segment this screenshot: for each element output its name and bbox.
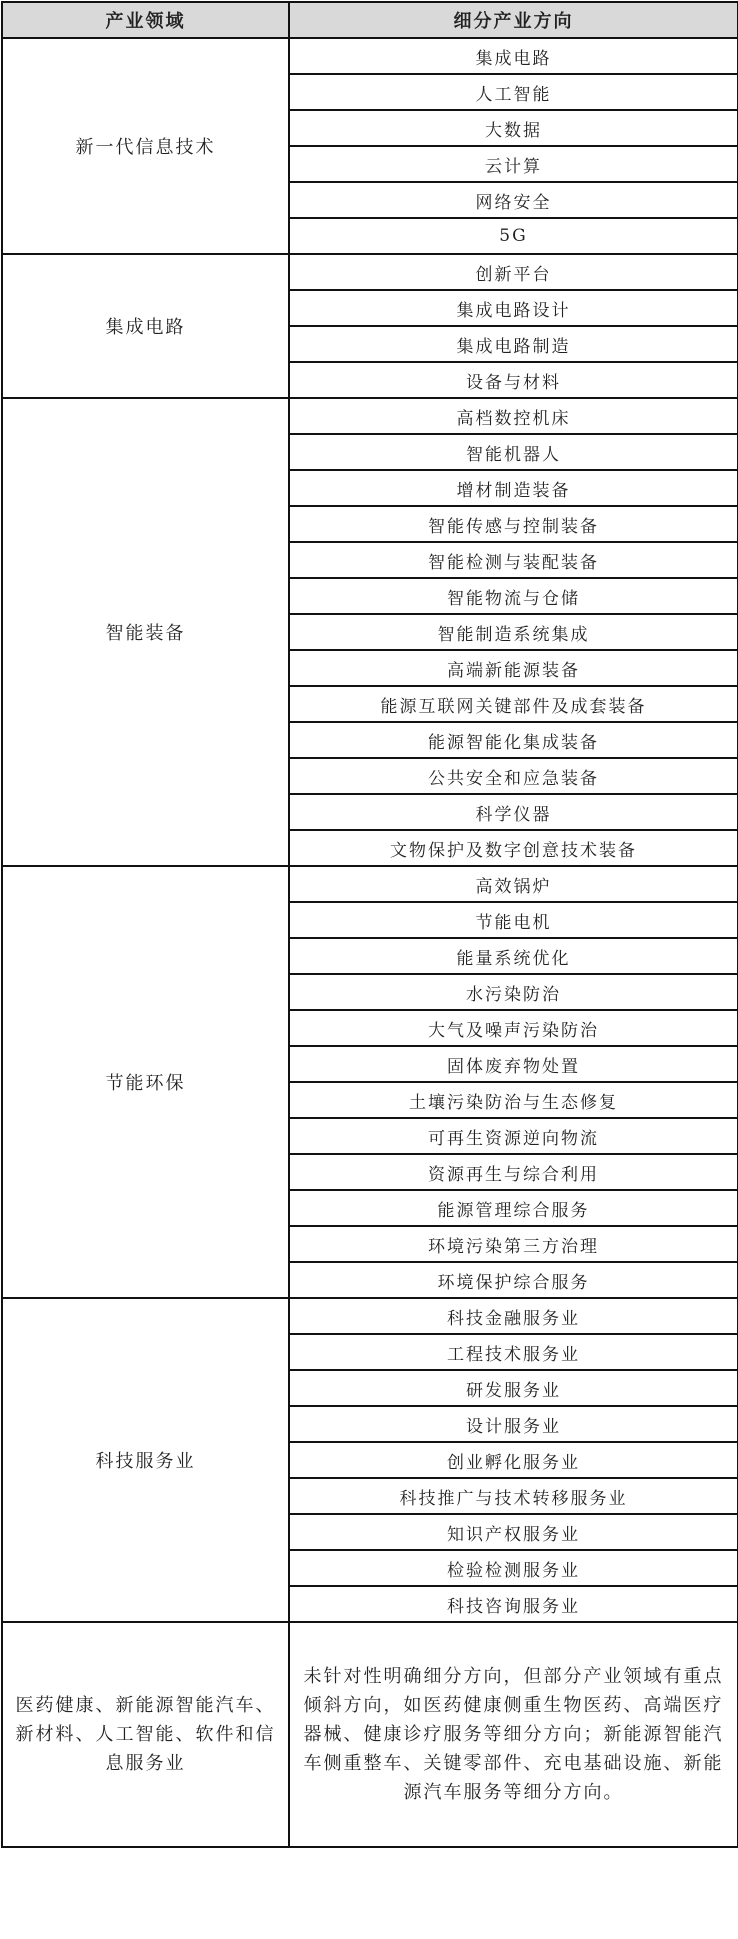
- sub-direction-cell: 高效锅炉: [289, 866, 738, 902]
- sub-direction-cell: 科学仪器: [289, 794, 738, 830]
- sub-direction-cell: 云计算: [289, 146, 738, 182]
- sub-direction-cell: 科技金融服务业: [289, 1298, 738, 1334]
- sub-direction-cell: 集成电路设计: [289, 290, 738, 326]
- table-row: 集成电路创新平台: [2, 254, 738, 290]
- sub-direction-cell: 人工智能: [289, 74, 738, 110]
- sub-direction-cell: 智能机器人: [289, 434, 738, 470]
- industry-table: 产业领域 细分产业方向 新一代信息技术集成电路人工智能大数据云计算网络安全5G集…: [1, 1, 738, 1848]
- sub-direction-cell: 高端新能源装备: [289, 650, 738, 686]
- sub-direction-cell: 可再生资源逆向物流: [289, 1118, 738, 1154]
- table-row: 科技服务业科技金融服务业: [2, 1298, 738, 1334]
- sub-direction-cell: 设备与材料: [289, 362, 738, 398]
- sub-direction-cell: 环境保护综合服务: [289, 1262, 738, 1298]
- table-row: 节能环保高效锅炉: [2, 866, 738, 902]
- sub-direction-cell: 科技推广与技术转移服务业: [289, 1478, 738, 1514]
- sub-direction-cell: 能源互联网关键部件及成套装备: [289, 686, 738, 722]
- header-industry-area: 产业领域: [2, 2, 289, 38]
- sub-direction-cell: 创新平台: [289, 254, 738, 290]
- industry-area-cell: 医药健康、新能源智能汽车、新材料、人工智能、软件和信息服务业: [2, 1622, 289, 1847]
- sub-direction-cell: 检验检测服务业: [289, 1550, 738, 1586]
- sub-direction-cell: 工程技术服务业: [289, 1334, 738, 1370]
- industry-area-cell: 集成电路: [2, 254, 289, 398]
- sub-direction-cell: 节能电机: [289, 902, 738, 938]
- sub-direction-cell: 能源智能化集成装备: [289, 722, 738, 758]
- sub-direction-cell: 智能检测与装配装备: [289, 542, 738, 578]
- table-row: 智能装备高档数控机床: [2, 398, 738, 434]
- sub-direction-cell: 智能制造系统集成: [289, 614, 738, 650]
- sub-direction-cell: 创业孵化服务业: [289, 1442, 738, 1478]
- sub-direction-cell: 能量系统优化: [289, 938, 738, 974]
- industry-area-cell: 新一代信息技术: [2, 38, 289, 254]
- sub-direction-cell: 大气及噪声污染防治: [289, 1010, 738, 1046]
- industry-area-cell: 智能装备: [2, 398, 289, 866]
- sub-direction-cell: 高档数控机床: [289, 398, 738, 434]
- sub-direction-cell: 资源再生与综合利用: [289, 1154, 738, 1190]
- sub-direction-cell: 固体废弃物处置: [289, 1046, 738, 1082]
- table-row-last: 医药健康、新能源智能汽车、新材料、人工智能、软件和信息服务业 未针对性明确细分方…: [2, 1622, 738, 1847]
- sub-direction-description: 未针对性明确细分方向，但部分产业领域有重点倾斜方向，如医药健康侧重生物医药、高端…: [289, 1622, 738, 1847]
- sub-direction-cell: 文物保护及数字创意技术装备: [289, 830, 738, 866]
- sub-direction-cell: 智能物流与仓储: [289, 578, 738, 614]
- sub-direction-cell: 5G: [289, 218, 738, 254]
- sub-direction-cell: 知识产权服务业: [289, 1514, 738, 1550]
- sub-direction-cell: 大数据: [289, 110, 738, 146]
- sub-direction-cell: 智能传感与控制装备: [289, 506, 738, 542]
- table-row: 新一代信息技术集成电路: [2, 38, 738, 74]
- sub-direction-cell: 科技咨询服务业: [289, 1586, 738, 1622]
- header-row: 产业领域 细分产业方向: [2, 2, 738, 38]
- header-sub-direction: 细分产业方向: [289, 2, 738, 38]
- sub-direction-cell: 增材制造装备: [289, 470, 738, 506]
- sub-direction-cell: 设计服务业: [289, 1406, 738, 1442]
- sub-direction-cell: 公共安全和应急装备: [289, 758, 738, 794]
- sub-direction-cell: 集成电路: [289, 38, 738, 74]
- table-body: 新一代信息技术集成电路人工智能大数据云计算网络安全5G集成电路创新平台集成电路设…: [2, 38, 738, 1847]
- sub-direction-cell: 能源管理综合服务: [289, 1190, 738, 1226]
- sub-direction-cell: 网络安全: [289, 182, 738, 218]
- sub-direction-cell: 集成电路制造: [289, 326, 738, 362]
- sub-direction-cell: 水污染防治: [289, 974, 738, 1010]
- sub-direction-cell: 土壤污染防治与生态修复: [289, 1082, 738, 1118]
- industry-area-cell: 节能环保: [2, 866, 289, 1298]
- sub-direction-cell: 环境污染第三方治理: [289, 1226, 738, 1262]
- sub-direction-cell: 研发服务业: [289, 1370, 738, 1406]
- industry-area-cell: 科技服务业: [2, 1298, 289, 1622]
